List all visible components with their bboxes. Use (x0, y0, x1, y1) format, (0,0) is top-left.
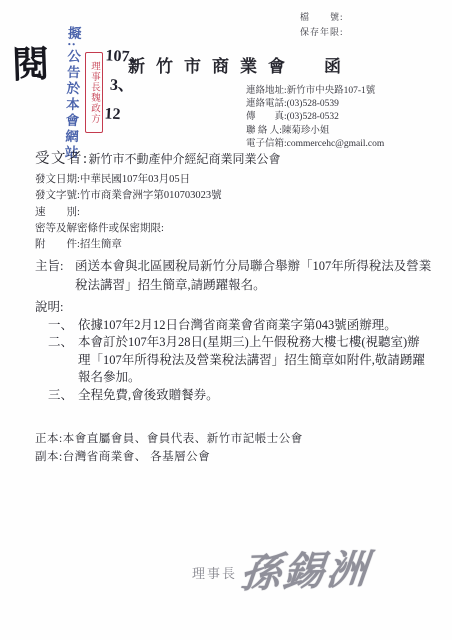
copies-value: 台灣省商業會、 各基層公會 (63, 451, 210, 463)
meta-label: 附 件: (35, 239, 80, 250)
copies-label: 正本: (35, 433, 63, 445)
contact-value: 陳菊珍小姐 (282, 126, 330, 136)
contact-label: 連絡地址: (246, 86, 287, 96)
meta-line-docnumber: 發文字號:竹市商業會洲字第010703023號 (35, 188, 222, 204)
meta-line-secrecy: 密等及解密條件或保密期限: (35, 221, 222, 237)
recipient-line: 受文者:新竹市不動產仲介經紀商業同業公會 (35, 147, 281, 168)
explanation-item-1: 一、 依據107年2月12日台灣省商業會省商業字第043號函辦理。 (48, 317, 437, 335)
subject-text: 函送本會與北區國稅局新竹分局聯合舉辦「107年所得稅法及營業稅法講習」招生簡章,… (75, 257, 435, 294)
item-text: 全程免費,會後致贈餐券。 (78, 387, 428, 405)
meta-label: 速 別: (35, 207, 80, 218)
contact-line-phone: 連絡電話:(03)528-0539 (246, 98, 384, 111)
contact-block: 連絡地址:新竹市中央路107-1號 連絡電話:(03)528-0539 傳 真:… (246, 85, 384, 151)
meta-line-speed: 速 別: (35, 205, 222, 221)
subject-section: 主旨: 函送本會與北區國稅局新竹分局聯合舉辦「107年所得稅法及營業稅法講習」招… (35, 257, 435, 294)
contact-value: 新竹市中央路107-1號 (287, 86, 376, 96)
meta-value: 竹市商業會洲字第010703023號 (80, 190, 222, 201)
document-page: 檔 號: 保存年限: 閱 擬:公告於本會網站 理事長魏政方 107、 3、 12… (0, 0, 452, 640)
contact-label: 聯 絡 人: (246, 126, 282, 136)
explanation-item-3: 三、 全程免費,會後致贈餐券。 (48, 387, 437, 405)
handwritten-date-day: 12 (102, 99, 131, 129)
read-stamp: 閱 (11, 33, 50, 88)
copies-cc-line: 副本:台灣省商業會、 各基層公會 (35, 449, 303, 467)
explanation-section: 說明: 一、 依據107年2月12日台灣省商業會省商業字第043號函辦理。 二、… (35, 299, 437, 405)
chairman-name-stamp: 理事長魏政方 (85, 52, 103, 133)
explanation-items: 一、 依據107年2月12日台灣省商業會省商業字第043號函辦理。 二、 本會訂… (35, 317, 437, 405)
recipient-label: 受文者: (35, 151, 89, 167)
contact-value: (03)528-0539 (287, 99, 339, 109)
contact-label: 連絡電話: (246, 99, 287, 109)
meta-line-attachment: 附 件:招生簡章 (35, 237, 222, 253)
item-number: 三、 (48, 387, 78, 405)
recipient-value: 新竹市不動產仲介經紀商業同業公會 (89, 152, 281, 166)
meta-line-date: 發文日期:中華民國107年03月05日 (35, 172, 222, 188)
contact-line-fax: 傳 真:(03)528-0532 (246, 111, 384, 124)
copies-label: 副本: (35, 451, 63, 463)
signature-name: 孫錫洲 (238, 538, 374, 599)
contact-value: (03)528-0532 (287, 112, 339, 122)
signature-title: 理事長 (192, 555, 237, 582)
file-number-block: 檔 號: 保存年限: (300, 10, 344, 40)
subject-label: 主旨: (35, 257, 75, 294)
contact-line-address: 連絡地址:新竹市中央路107-1號 (246, 85, 384, 98)
item-text: 依據107年2月12日台灣省商業會省商業字第043號函辦理。 (78, 317, 428, 335)
item-number: 二、 (48, 334, 78, 387)
meta-label: 發文日期: (35, 174, 80, 185)
retention-label: 保存年限: (300, 25, 344, 40)
file-no-label: 檔 號: (300, 10, 344, 25)
item-number: 一、 (48, 317, 78, 335)
meta-value: 中華民國107年03月05日 (80, 174, 190, 185)
item-text: 本會訂於107年3月28日(星期三)上午假稅務大樓七樓(視聽室)辦理「107年所… (78, 334, 428, 387)
contact-label: 傳 真: (246, 112, 287, 122)
meta-label: 發文字號: (35, 190, 80, 201)
signature-block: 理事長 孫錫洲 (192, 540, 370, 597)
copies-block: 正本:本會直屬會員、會員代表、新竹市記帳士公會 副本:台灣省商業會、 各基層公會 (35, 431, 303, 466)
explanation-label: 說明: (35, 299, 437, 317)
contact-line-person: 聯 絡 人:陳菊珍小姐 (246, 125, 384, 138)
copies-original-line: 正本:本會直屬會員、會員代表、新竹市記帳士公會 (35, 431, 303, 449)
copies-value: 本會直屬會員、會員代表、新竹市記帳士公會 (63, 433, 303, 445)
meta-block: 發文日期:中華民國107年03月05日 發文字號:竹市商業會洲字第0107030… (35, 172, 222, 253)
meta-value: 招生簡章 (80, 239, 122, 250)
contact-value: commercehc@gmail.com (287, 139, 385, 149)
meta-label: 密等及解密條件或保密期限: (35, 223, 164, 234)
document-title: 新竹市商業會 函 (128, 52, 352, 77)
explanation-item-2: 二、 本會訂於107年3月28日(星期三)上午假稅務大樓七樓(視聽室)辦理「10… (48, 334, 437, 387)
